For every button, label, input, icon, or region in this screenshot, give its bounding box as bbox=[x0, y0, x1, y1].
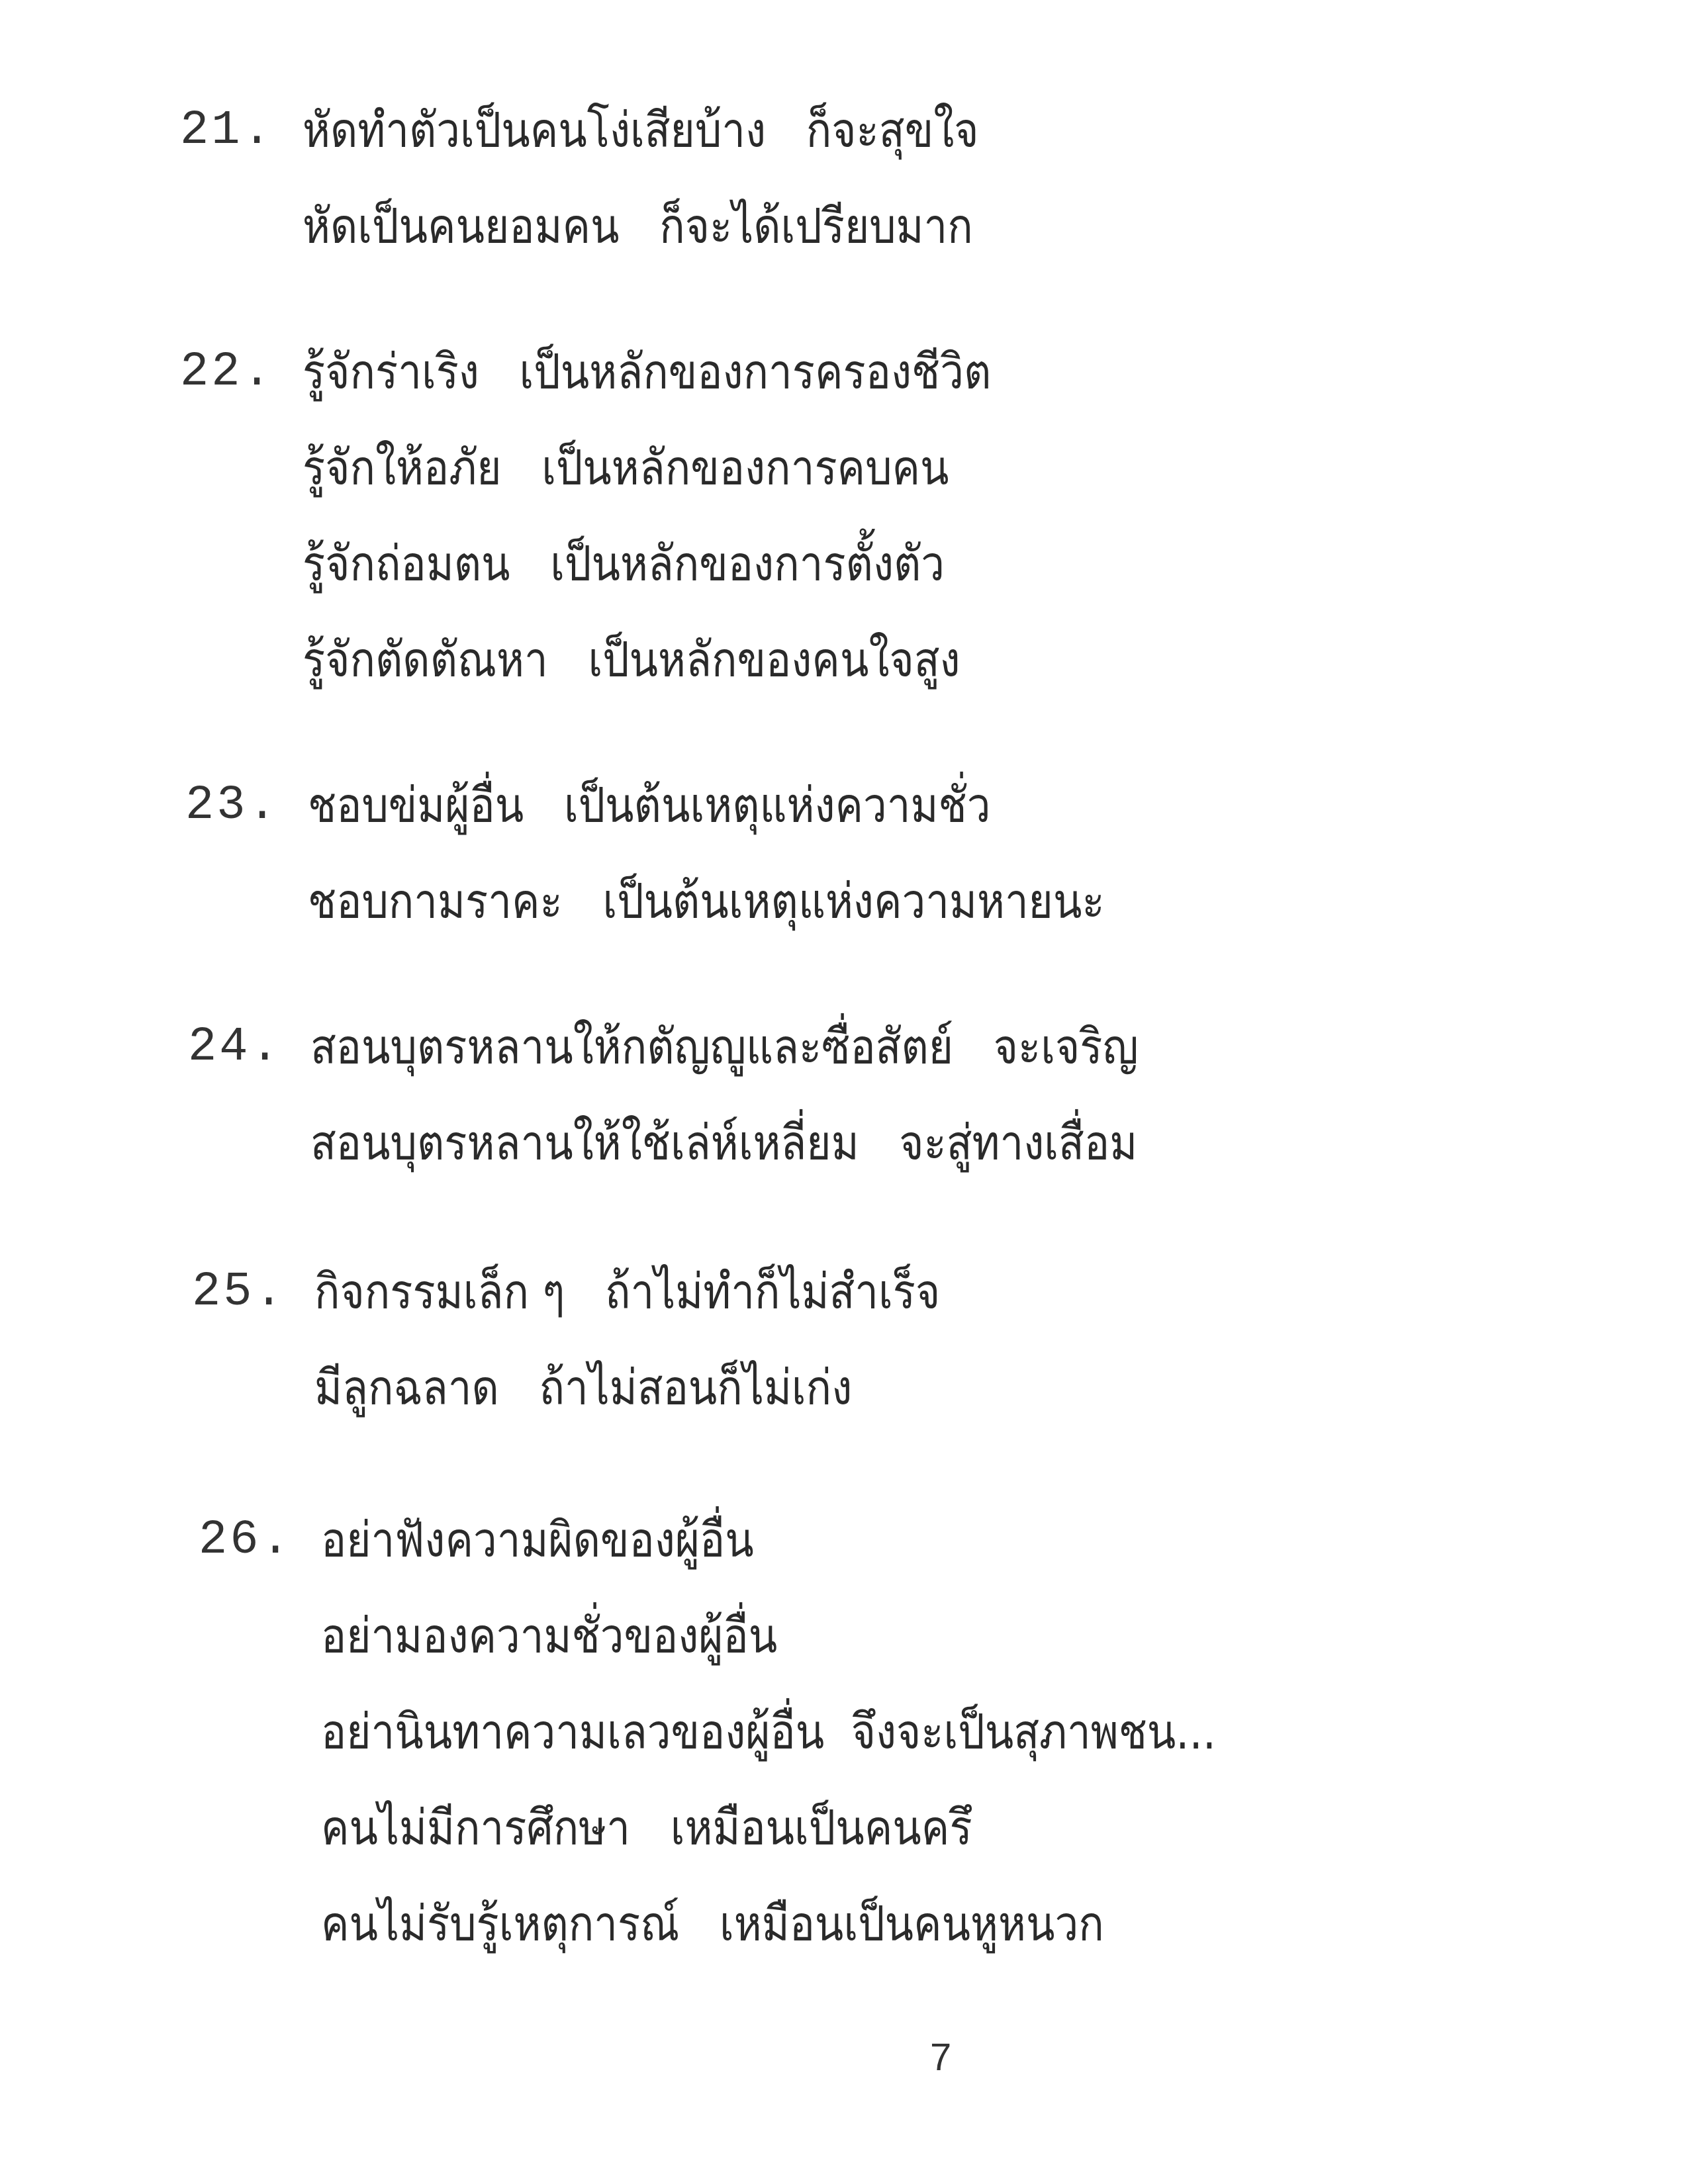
item-number: 24. bbox=[188, 999, 282, 1095]
proverb-text: รู้จักให้อภัย เป็นหลักของการคบคน bbox=[303, 420, 949, 516]
proverb-line: อย่ามองความชั่วของผู้อื่น bbox=[199, 1588, 214, 1684]
item-number: 23. bbox=[185, 758, 279, 854]
proverb-text: กิจกรรมเล็ก ๆ ถ้าไม่ทำก็ไม่สำเร็จ bbox=[314, 1244, 940, 1340]
proverb-text: ชอบข่มผู้อื่น เป็นต้นเหตุแห่งความชั่ว bbox=[308, 758, 990, 854]
item-number: 25. bbox=[192, 1244, 286, 1340]
proverb-item-26: 26. อย่าฟังความผิดของผู้อื่น อย่ามองความ… bbox=[199, 1492, 214, 1972]
page-number: 7 bbox=[930, 2035, 951, 2079]
proverb-line: ชอบกามราคะ เป็นต้นเหตุแห่งความหายนะ bbox=[185, 854, 201, 950]
proverb-line: คนไม่มีการศึกษา เหมือนเป็นคนครึ bbox=[199, 1780, 214, 1876]
proverb-line: รู้จักถ่อมตน เป็นหลักของการตั้งตัว bbox=[180, 516, 196, 612]
proverb-line: รู้จักให้อภัย เป็นหลักของการคบคน bbox=[180, 420, 196, 516]
proverb-item-25: 25. กิจกรรมเล็ก ๆ ถ้าไม่ทำก็ไม่สำเร็จ มี… bbox=[192, 1244, 208, 1436]
proverb-item-21: 21. หัดทำตัวเป็นคนโง่เสียบ้าง ก็จะสุขใจ … bbox=[180, 83, 196, 275]
proverb-text: หัดเป็นคนยอมคน ก็จะได้เปรียบมาก bbox=[303, 179, 973, 275]
proverb-text: อย่านินทาความเลวของผู้อื่น จึงจะเป็นสุภา… bbox=[321, 1684, 1216, 1780]
proverb-text: ชอบกามราคะ เป็นต้นเหตุแห่งความหายนะ bbox=[308, 854, 1105, 950]
item-number: 22. bbox=[180, 324, 274, 420]
proverb-line: 24. สอนบุตรหลานให้กตัญญูและซื่อสัตย์ จะเ… bbox=[188, 999, 204, 1095]
proverb-text: รู้จักร่าเริง เป็นหลักของการครองชีวิต bbox=[303, 324, 991, 420]
proverb-text: อย่าฟังความผิดของผู้อื่น bbox=[321, 1492, 754, 1588]
proverb-line: สอนบุตรหลานให้ใช้เล่ห์เหลี่ยม จะสู่ทางเส… bbox=[188, 1095, 204, 1191]
proverb-text: อย่ามองความชั่วของผู้อื่น bbox=[321, 1588, 777, 1684]
proverb-line: 25. กิจกรรมเล็ก ๆ ถ้าไม่ทำก็ไม่สำเร็จ bbox=[192, 1244, 208, 1340]
item-number: 21. bbox=[180, 83, 274, 179]
item-number: 26. bbox=[199, 1492, 293, 1588]
proverb-line: 22. รู้จักร่าเริง เป็นหลักของการครองชีวิ… bbox=[180, 324, 196, 420]
proverb-text: คนไม่รับรู้เหตุการณ์ เหมือนเป็นคนหูหนวก bbox=[321, 1876, 1104, 1972]
proverb-line: 26. อย่าฟังความผิดของผู้อื่น bbox=[199, 1492, 214, 1588]
proverb-text: รู้จักตัดตัณหา เป็นหลักของคนใจสูง bbox=[303, 612, 961, 708]
proverb-text: มีลูกฉลาด ถ้าไม่สอนก็ไม่เก่ง bbox=[314, 1340, 852, 1436]
proverb-line: อย่านินทาความเลวของผู้อื่น จึงจะเป็นสุภา… bbox=[199, 1684, 214, 1780]
proverb-text: รู้จักถ่อมตน เป็นหลักของการตั้งตัว bbox=[303, 516, 945, 612]
proverb-line: 21. หัดทำตัวเป็นคนโง่เสียบ้าง ก็จะสุขใจ bbox=[180, 83, 196, 179]
proverb-item-22: 22. รู้จักร่าเริง เป็นหลักของการครองชีวิ… bbox=[180, 324, 196, 708]
proverb-text: หัดทำตัวเป็นคนโง่เสียบ้าง ก็จะสุขใจ bbox=[303, 83, 979, 179]
proverb-line: หัดเป็นคนยอมคน ก็จะได้เปรียบมาก bbox=[180, 179, 196, 275]
proverb-line: 23. ชอบข่มผู้อื่น เป็นต้นเหตุแห่งความชั่… bbox=[185, 758, 201, 854]
proverb-line: มีลูกฉลาด ถ้าไม่สอนก็ไม่เก่ง bbox=[192, 1340, 208, 1436]
document-page: 21. หัดทำตัวเป็นคนโง่เสียบ้าง ก็จะสุขใจ … bbox=[0, 0, 1688, 2184]
proverb-item-24: 24. สอนบุตรหลานให้กตัญญูและซื่อสัตย์ จะเ… bbox=[188, 999, 204, 1191]
proverb-line: คนไม่รับรู้เหตุการณ์ เหมือนเป็นคนหูหนวก bbox=[199, 1876, 214, 1972]
proverb-text: คนไม่มีการศึกษา เหมือนเป็นคนครึ bbox=[321, 1780, 972, 1876]
proverb-line: รู้จักตัดตัณหา เป็นหลักของคนใจสูง bbox=[180, 612, 196, 708]
proverb-text: สอนบุตรหลานให้กตัญญูและซื่อสัตย์ จะเจริญ bbox=[310, 999, 1139, 1095]
proverb-item-23: 23. ชอบข่มผู้อื่น เป็นต้นเหตุแห่งความชั่… bbox=[185, 758, 201, 950]
proverb-text: สอนบุตรหลานให้ใช้เล่ห์เหลี่ยม จะสู่ทางเส… bbox=[310, 1095, 1137, 1191]
